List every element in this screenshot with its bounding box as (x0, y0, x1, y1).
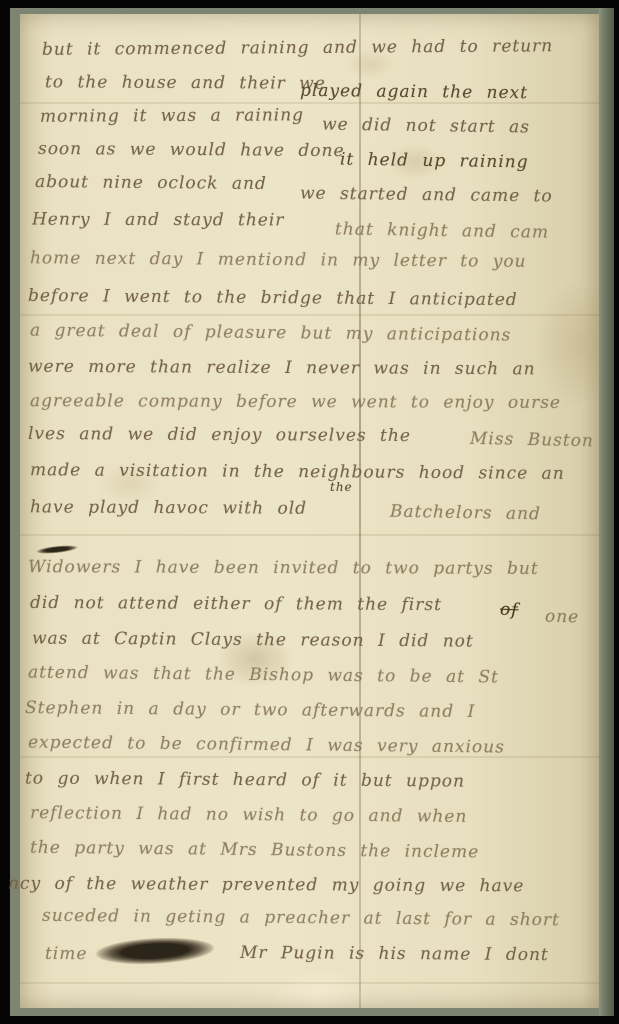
handwriting-line-segment: suceded in geting a preacher at last for… (42, 906, 560, 931)
handwriting-line-segment: to go when I first heard of it but uppon (25, 768, 465, 791)
ink-blot (36, 544, 79, 555)
handwriting-line-segment: Miss Buston (470, 429, 594, 452)
handwriting-line-segment: that knight and cam (335, 219, 549, 242)
handwriting-line-segment: ncy of the weather prevented my going we… (8, 874, 524, 897)
handwriting-line-segment: we did not start as (322, 115, 530, 138)
handwriting-line-segment: were more than realize I never was in su… (28, 357, 536, 380)
handwriting-line-segment: of (500, 600, 519, 621)
handwriting-line-segment: to the house and their we (45, 72, 326, 93)
handwriting-line-segment: Widowers I have been invited to two part… (28, 557, 539, 579)
handwriting-line-segment: one (545, 607, 580, 628)
handwriting-line-segment: Henry I and stayd their (32, 210, 285, 231)
handwriting-line-segment: about nine oclock and (35, 172, 267, 194)
handwriting-line-segment: played again the next (300, 81, 528, 103)
handwriting-line-segment: the party was at Mrs Bustons the incleme (30, 838, 479, 863)
handwriting-line-segment: before I went to the bridge that I antic… (28, 286, 518, 310)
handwriting-line-segment: expected to be confirmed I was very anxi… (28, 733, 505, 758)
handwriting-line-segment: it held up raining (340, 150, 529, 173)
handwriting-line-segment: soon as we would have done (38, 139, 345, 161)
handwriting-line-segment: we started and came to (300, 183, 553, 206)
handwriting-line-segment: Stephen in a day or two afterwards and I (25, 698, 475, 722)
handwriting-line-segment: did not attend either of them the first (30, 593, 442, 615)
handwriting-line-segment: made a visitation in the neighbours hood… (30, 460, 565, 484)
handwriting-line-segment: reflection I had no wish to go and when (30, 803, 468, 827)
handwriting-line-segment: lves and we did enjoy ourselves the (28, 424, 411, 446)
handwriting-line-segment: time (45, 944, 88, 964)
handwriting-line-segment: was at Captin Clays the reason I did not (32, 628, 474, 651)
handwriting-line-segment: Batchelors and (390, 502, 541, 525)
handwriting-line-segment: Mr Pugin is his name I dont (240, 943, 549, 965)
handwriting-line-segment: morning it was a raining (40, 105, 304, 126)
handwriting-line-segment: the (330, 480, 353, 494)
handwriting-line-segment: but it commenced raining and we had to r… (42, 36, 553, 60)
handwriting-line-segment: have playd havoc with old (30, 497, 307, 518)
handwriting-line-segment: home next day I mentiond in my letter to… (30, 248, 527, 271)
handwriting-line-segment: attend was that the Bishop was to be at … (28, 663, 499, 688)
handwriting-line-segment: agreeable company before we went to enjo… (30, 391, 561, 413)
handwriting-line-segment: a great deal of pleasure but my anticipa… (30, 320, 511, 345)
ink-blot (94, 935, 215, 967)
letter-lines: but it commenced raining and we had to r… (0, 0, 619, 1024)
scanned-letter-page: but it commenced raining and we had to r… (0, 0, 619, 1024)
